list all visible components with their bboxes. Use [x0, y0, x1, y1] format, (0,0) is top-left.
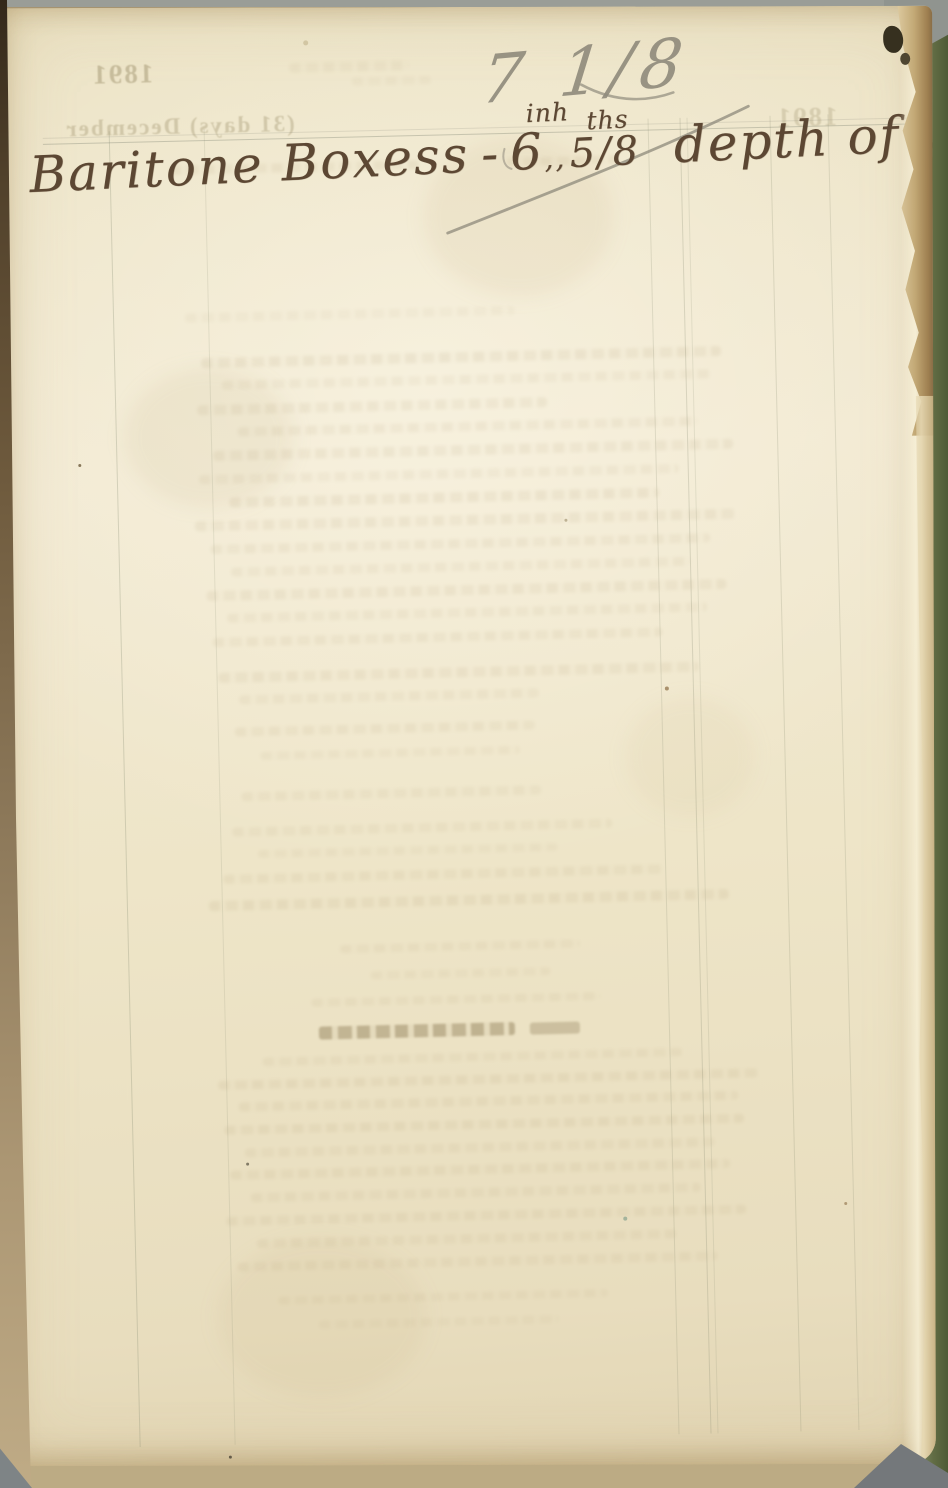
bleedthrough-text-smudge — [371, 967, 551, 979]
foxing-spot — [844, 1202, 847, 1205]
bleedthrough-text-smudge — [263, 1048, 683, 1066]
ink-fraction-superscript: ths — [586, 104, 629, 135]
bleedthrough-bold-heading — [319, 1022, 515, 1040]
bleedthrough-text-smudge — [239, 688, 539, 704]
bleedthrough-text-smudge — [311, 992, 601, 1007]
bleedthrough-text-smudge — [241, 785, 541, 801]
bleedthrough-text-smudge — [185, 306, 515, 323]
edge-damage-spot — [900, 53, 910, 65]
bleedthrough-text-smudge — [289, 60, 409, 73]
foxing-spot — [303, 40, 308, 45]
ink-ditto-marks: ‚‚ — [543, 141, 566, 175]
ink-number: 6 — [509, 122, 545, 182]
bleedthrough-text-smudge — [213, 627, 663, 647]
bleedthrough-text-smudge — [278, 1289, 608, 1305]
bleedthrough-text-smudge — [340, 939, 580, 953]
bleedthrough-text-smudge — [195, 509, 735, 532]
bleedthrough-text-smudge — [245, 1137, 715, 1157]
bleedthrough-text-smudge — [251, 1183, 701, 1203]
bleedthrough-text-smudge — [351, 76, 431, 86]
foxing-spot — [665, 686, 669, 690]
bleedthrough-text-smudge — [201, 346, 721, 368]
foxing-spot — [623, 1217, 627, 1221]
bleedthrough-text-smudge — [232, 819, 612, 837]
ruling-vline — [109, 131, 141, 1447]
bleedthrough-text-smudge — [260, 746, 520, 760]
bleedthrough-text-smudge — [227, 602, 707, 622]
edge-damage-spot — [883, 26, 903, 53]
bleedthrough-year-left: 1891 — [91, 58, 154, 90]
bleedthrough-text-smudge — [229, 487, 659, 507]
bleedthrough-text-smudge — [224, 1114, 744, 1135]
bleedthrough-text-smudge — [223, 864, 663, 883]
ruling-vline — [679, 118, 711, 1434]
bleedthrough-text-smudge — [218, 662, 698, 683]
bleedthrough-text-smudge — [209, 889, 729, 911]
bleedthrough-text-smudge — [257, 1229, 677, 1248]
foxing-spot — [78, 464, 81, 467]
bleedthrough-text-smudge — [226, 1205, 746, 1226]
ruling-vline — [204, 129, 236, 1445]
bleedthrough-text-smudge — [231, 557, 691, 577]
bleedthrough-text-smudge — [199, 464, 679, 484]
bleedthrough-text-smudge — [210, 533, 710, 554]
ruling-vline — [686, 118, 718, 1434]
foxing-spot — [229, 1456, 232, 1459]
ruling-vline — [769, 116, 801, 1432]
bleedthrough-text-smudge — [207, 579, 727, 601]
verso-showthrough-layer: 1891 (31 days) December 1891 — [3, 6, 936, 1466]
bleedthrough-text-smudge — [235, 720, 535, 736]
ink-fraction: 5/8 — [569, 128, 641, 177]
ruling-vline — [827, 114, 859, 1430]
bleedthrough-text-smudge — [230, 1159, 730, 1180]
mirrored-text: 1891 — [91, 58, 154, 90]
ink-number-superscript: inh — [525, 97, 569, 128]
bleedthrough-text-smudge — [238, 417, 698, 437]
bleedthrough-text-smudge — [237, 1251, 717, 1271]
foxing-spot — [246, 1163, 249, 1166]
scanned-ledger-photo: 1891 (31 days) December 1891 7 1/8 Barit… — [0, 0, 948, 1488]
ink-dash: - — [480, 124, 502, 183]
bleedthrough-text-smudge — [222, 369, 712, 390]
ink-fraction-group: 5/8 ths — [569, 128, 641, 177]
bleedthrough-bold-heading — [530, 1021, 580, 1034]
bleedthrough-text-smudge — [239, 1091, 739, 1112]
bleedthrough-text-smudge — [197, 397, 547, 415]
bleedthrough-text-smudge — [319, 1315, 559, 1329]
bleedthrough-text-smudge — [218, 1068, 758, 1090]
bleedthrough-text-smudge — [258, 843, 558, 858]
ink-number-group: 6 inh — [509, 122, 545, 182]
ledger-page: 1891 (31 days) December 1891 7 1/8 Barit… — [3, 6, 936, 1466]
foxing-spot — [564, 519, 567, 522]
